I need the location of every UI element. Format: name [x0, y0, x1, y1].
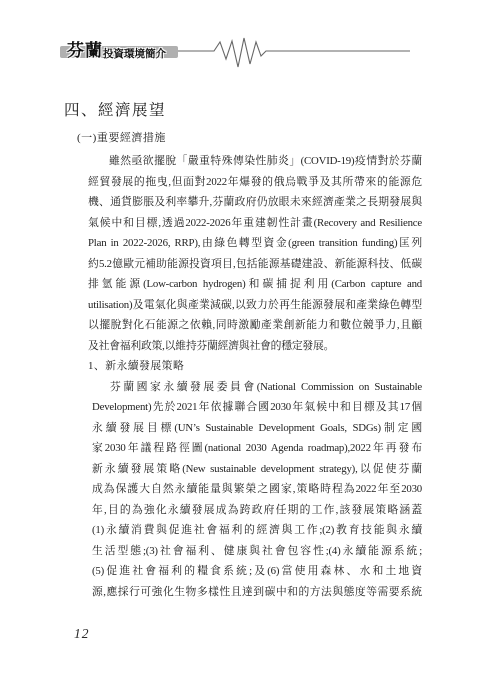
text-line: Development)先於2021年依據聯合國2030年氣候中和目標及其17個: [92, 397, 422, 418]
subsection-heading: (一)重要經濟措施: [77, 129, 166, 145]
text-line: 成為保護大自然永續能量與繁榮之國家,策略時程為2022年至2030: [92, 479, 422, 500]
header-title-primary: 芬蘭: [67, 43, 103, 60]
text-line: 新永續發展策略(New sustainable development stra…: [92, 459, 422, 480]
text-line: 以擺脫對化石能源之依賴,同時激勵產業創新能力和數位競爭力,且顧: [88, 315, 422, 336]
text-line: 約5.2億歐元補助能源投資項目,包括能源基礎建設、新能源科技、低碳: [88, 254, 422, 275]
text-line: 源,應採行可強化生物多樣性且達到碳中和的方法與態度等需要系統: [92, 582, 422, 603]
document-page: 芬蘭投資環境簡介 四、經濟展望 (一)重要經濟措施 雖然亟欲擺脫「嚴重特殊傳染性…: [0, 0, 480, 679]
text-line: (1)永續消費與促進社會福利的經濟與工作;(2)教育技能與永續: [92, 520, 422, 541]
page-number: 12: [74, 626, 90, 642]
text-line: 永續發展目標(UN’s Sustainable Development Goal…: [92, 418, 422, 439]
text-line: 雖然亟欲擺脫「嚴重特殊傳染性肺炎」(COVID-19)疫情對於芬蘭: [88, 151, 422, 172]
paragraph-sustainable-development: 芬蘭國家永續發展委員會(National Commission on Susta…: [92, 377, 422, 603]
text-line: 家2030年議程路徑圖(national 2030 Agenda roadmap…: [92, 438, 422, 459]
text-line: 芬蘭國家永續發展委員會(National Commission on Susta…: [92, 377, 422, 398]
section-heading: 四、經濟展望: [64, 98, 166, 120]
text-line: 及社會福利政策,以維持芬蘭經濟與社會的穩定發展。: [88, 336, 422, 357]
header-title-secondary: 投資環境簡介: [103, 49, 166, 61]
numbered-item-heading: 1、新永續發展策略: [88, 356, 422, 377]
text-line: 年,目的為強化永續發展成為跨政府任期的工作,該發展策略涵蓋: [92, 500, 422, 521]
text-line: Plan in 2022-2026, RRP),由綠色轉型資金(green tr…: [88, 233, 422, 254]
text-line: utilisation)及電氣化與產業減碳,以致力於再生能源發展和產業綠色轉型: [88, 295, 422, 316]
text-line: 機、通貨膨脹及利率攀升,芬蘭政府仍放眼未來經濟產業之長期發展與: [88, 192, 422, 213]
text-line: 經貿發展的拖曳,但面對2022年爆發的俄烏戰爭及其所帶來的能源危: [88, 172, 422, 193]
header-title: 芬蘭投資環境簡介: [67, 36, 166, 60]
text-line: 排氫能源(Low-carbon hydrogen)和碳捕捉利用(Carbon c…: [88, 274, 422, 295]
paragraph-economic-measures: 雖然亟欲擺脫「嚴重特殊傳染性肺炎」(COVID-19)疫情對於芬蘭經貿發展的拖曳…: [88, 151, 422, 356]
text-line: 生活型態;(3)社會福利、健康與社會包容性;(4)永續能源系統;: [92, 541, 422, 562]
text-line: (5)促進社會福利的糧食系統;及(6)當使用森林、水和土地資: [92, 561, 422, 582]
text-line: 氣候中和目標,透過2022-2026年重建韌性計畫(Recovery and R…: [88, 213, 422, 234]
body-text-column: 雖然亟欲擺脫「嚴重特殊傳染性肺炎」(COVID-19)疫情對於芬蘭經貿發展的拖曳…: [88, 151, 422, 602]
